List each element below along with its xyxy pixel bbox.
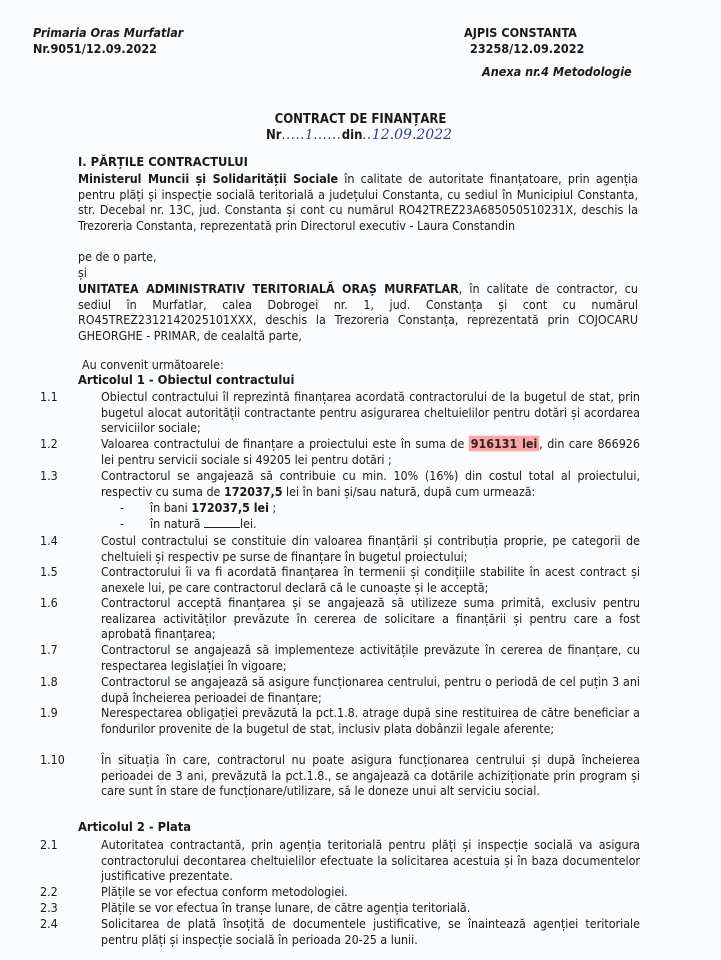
sender-institution: Primaria Oras Murfatlar [33,25,183,41]
contract-date: 12.09.2022 [372,127,452,143]
clause-number: 1.8 [40,674,76,690]
clause-text: Obiectul contractului îl reprezintă fina… [101,389,640,436]
party-one-name: Ministerul Muncii și Solidarității Socia… [78,171,338,186]
clause-1-3: 1.3 Contractorul se angajează să contrib… [40,468,640,499]
bullet-text: în natură [150,516,204,531]
nr-label: Nr [266,128,282,143]
clause-number: 1.2 [40,436,76,452]
clause-2-4: 2.4 Solicitarea de plată însoțită de doc… [40,916,640,947]
bullet-in-kind: -în natură lei. [120,516,257,531]
clause-number: 1.1 [40,389,76,405]
clause-1-4: 1.4 Costul contractului se constituie di… [40,533,640,564]
clause-1-2: 1.2 Valoarea contractului de finanțare a… [40,436,640,467]
clause-number: 2.1 [40,837,76,853]
clause-text-part: lei în bani și/sau natură, după cum urme… [283,484,536,499]
bullet-text: în bani [150,500,191,515]
clause-1-5: 1.5 Contractorului îi va fi acordată fin… [40,564,640,595]
cash-amount: 172037,5 lei [191,500,269,515]
clause-text: Contractorul acceptă finanțarea și se an… [101,595,640,642]
clause-text: Contractorul se angajează să contribuie … [101,468,640,499]
clause-1-1: 1.1 Obiectul contractului îl reprezintă … [40,389,640,436]
clause-text: Costul contractului se constituie din va… [101,533,640,564]
clause-1-10: 1.10 În situația în care, contractorul n… [40,752,640,799]
bullet-text: lei. [240,516,257,531]
blank-field [204,517,240,528]
clause-number: 2.3 [40,900,76,916]
clause-text: Nerespectarea obligației prevăzută la pc… [101,705,640,736]
contribution-amount: 172037,5 [224,484,283,499]
clause-number: 1.10 [40,752,76,768]
clause-text: Contractorul se angajează să asigure fun… [101,674,640,705]
contract-number-line: Nr.....1......din..12.09.2022 [266,127,452,143]
clause-1-7: 1.7 Contractorul se angajează să impleme… [40,642,640,673]
clause-text: Autoritatea contractantă, prin agenția t… [101,837,640,884]
clause-1-6: 1.6 Contractorul acceptă finanțarea și s… [40,595,640,642]
clause-number: 1.9 [40,705,76,721]
bullet-dash: - [120,516,150,531]
clause-number: 1.7 [40,642,76,658]
bullet-cash: -în bani 172037,5 lei ; [120,500,276,515]
clause-1-8: 1.8 Contractorul se angajează să asigure… [40,674,640,705]
clause-text: În situația în care, contractorul nu poa… [101,752,640,799]
annex-label: Anexa nr.4 Metodologie [482,64,632,80]
clause-text: Solicitarea de plată însoțită de documen… [101,916,640,947]
article-1-heading: Articolul 1 - Obiectul contractului [78,373,294,388]
din-label: din [342,128,363,143]
clause-text: Plățile se vor efectua în tranșe lunare,… [101,900,640,916]
conjunction-and: și [78,265,638,281]
article-2-heading: Articolul 2 - Plata [78,820,191,835]
clause-text: Plățile se vor efectua conform metodolog… [101,884,640,900]
clause-2-3: 2.3 Plățile se vor efectua în tranșe lun… [40,900,640,916]
clause-number: 1.4 [40,533,76,549]
recipient-institution: AJPIS CONSTANTA [464,25,577,41]
clause-2-1: 2.1 Autoritatea contractantă, prin agenț… [40,837,640,884]
highlighted-contract-value: 916131 lei [469,436,540,451]
clause-text-part: Valoarea contractului de finanțare a pro… [101,436,469,451]
clause-number: 1.6 [40,595,76,611]
clause-text: Contractorul se angajează să implementez… [101,642,640,673]
bullet-text: ; [269,500,276,515]
clause-text: Valoarea contractului de finanțare a pro… [101,436,640,467]
section-parties-heading: I. PĂRȚILE CONTRACTULUI [78,155,248,170]
clause-2-2: 2.2 Plățile se vor efectua conform metod… [40,884,640,900]
sender-registration-number: Nr.9051/12.09.2022 [33,41,157,57]
bullet-dash: - [120,500,150,515]
contract-title: CONTRACT DE FINANȚARE [0,112,721,127]
party-one-paragraph: Ministerul Muncii și Solidarității Socia… [78,171,638,234]
party-two-name: UNITATEA ADMINISTRATIV TERITORIALĂ ORAȘ … [78,281,459,296]
party-one-closing: pe de o parte, [78,249,638,265]
clause-number: 1.3 [40,468,76,484]
agreement-intro: Au convenit următoarele: [82,357,642,373]
recipient-registration-number: 23258/12.09.2022 [470,41,584,57]
clause-number: 2.4 [40,916,76,932]
party-two-paragraph: UNITATEA ADMINISTRATIV TERITORIALĂ ORAȘ … [78,281,638,344]
clause-1-9: 1.9 Nerespectarea obligației prevăzută l… [40,705,640,736]
clause-number: 2.2 [40,884,76,900]
clause-text: Contractorului îi va fi acordată finanța… [101,564,640,595]
clause-number: 1.5 [40,564,76,580]
